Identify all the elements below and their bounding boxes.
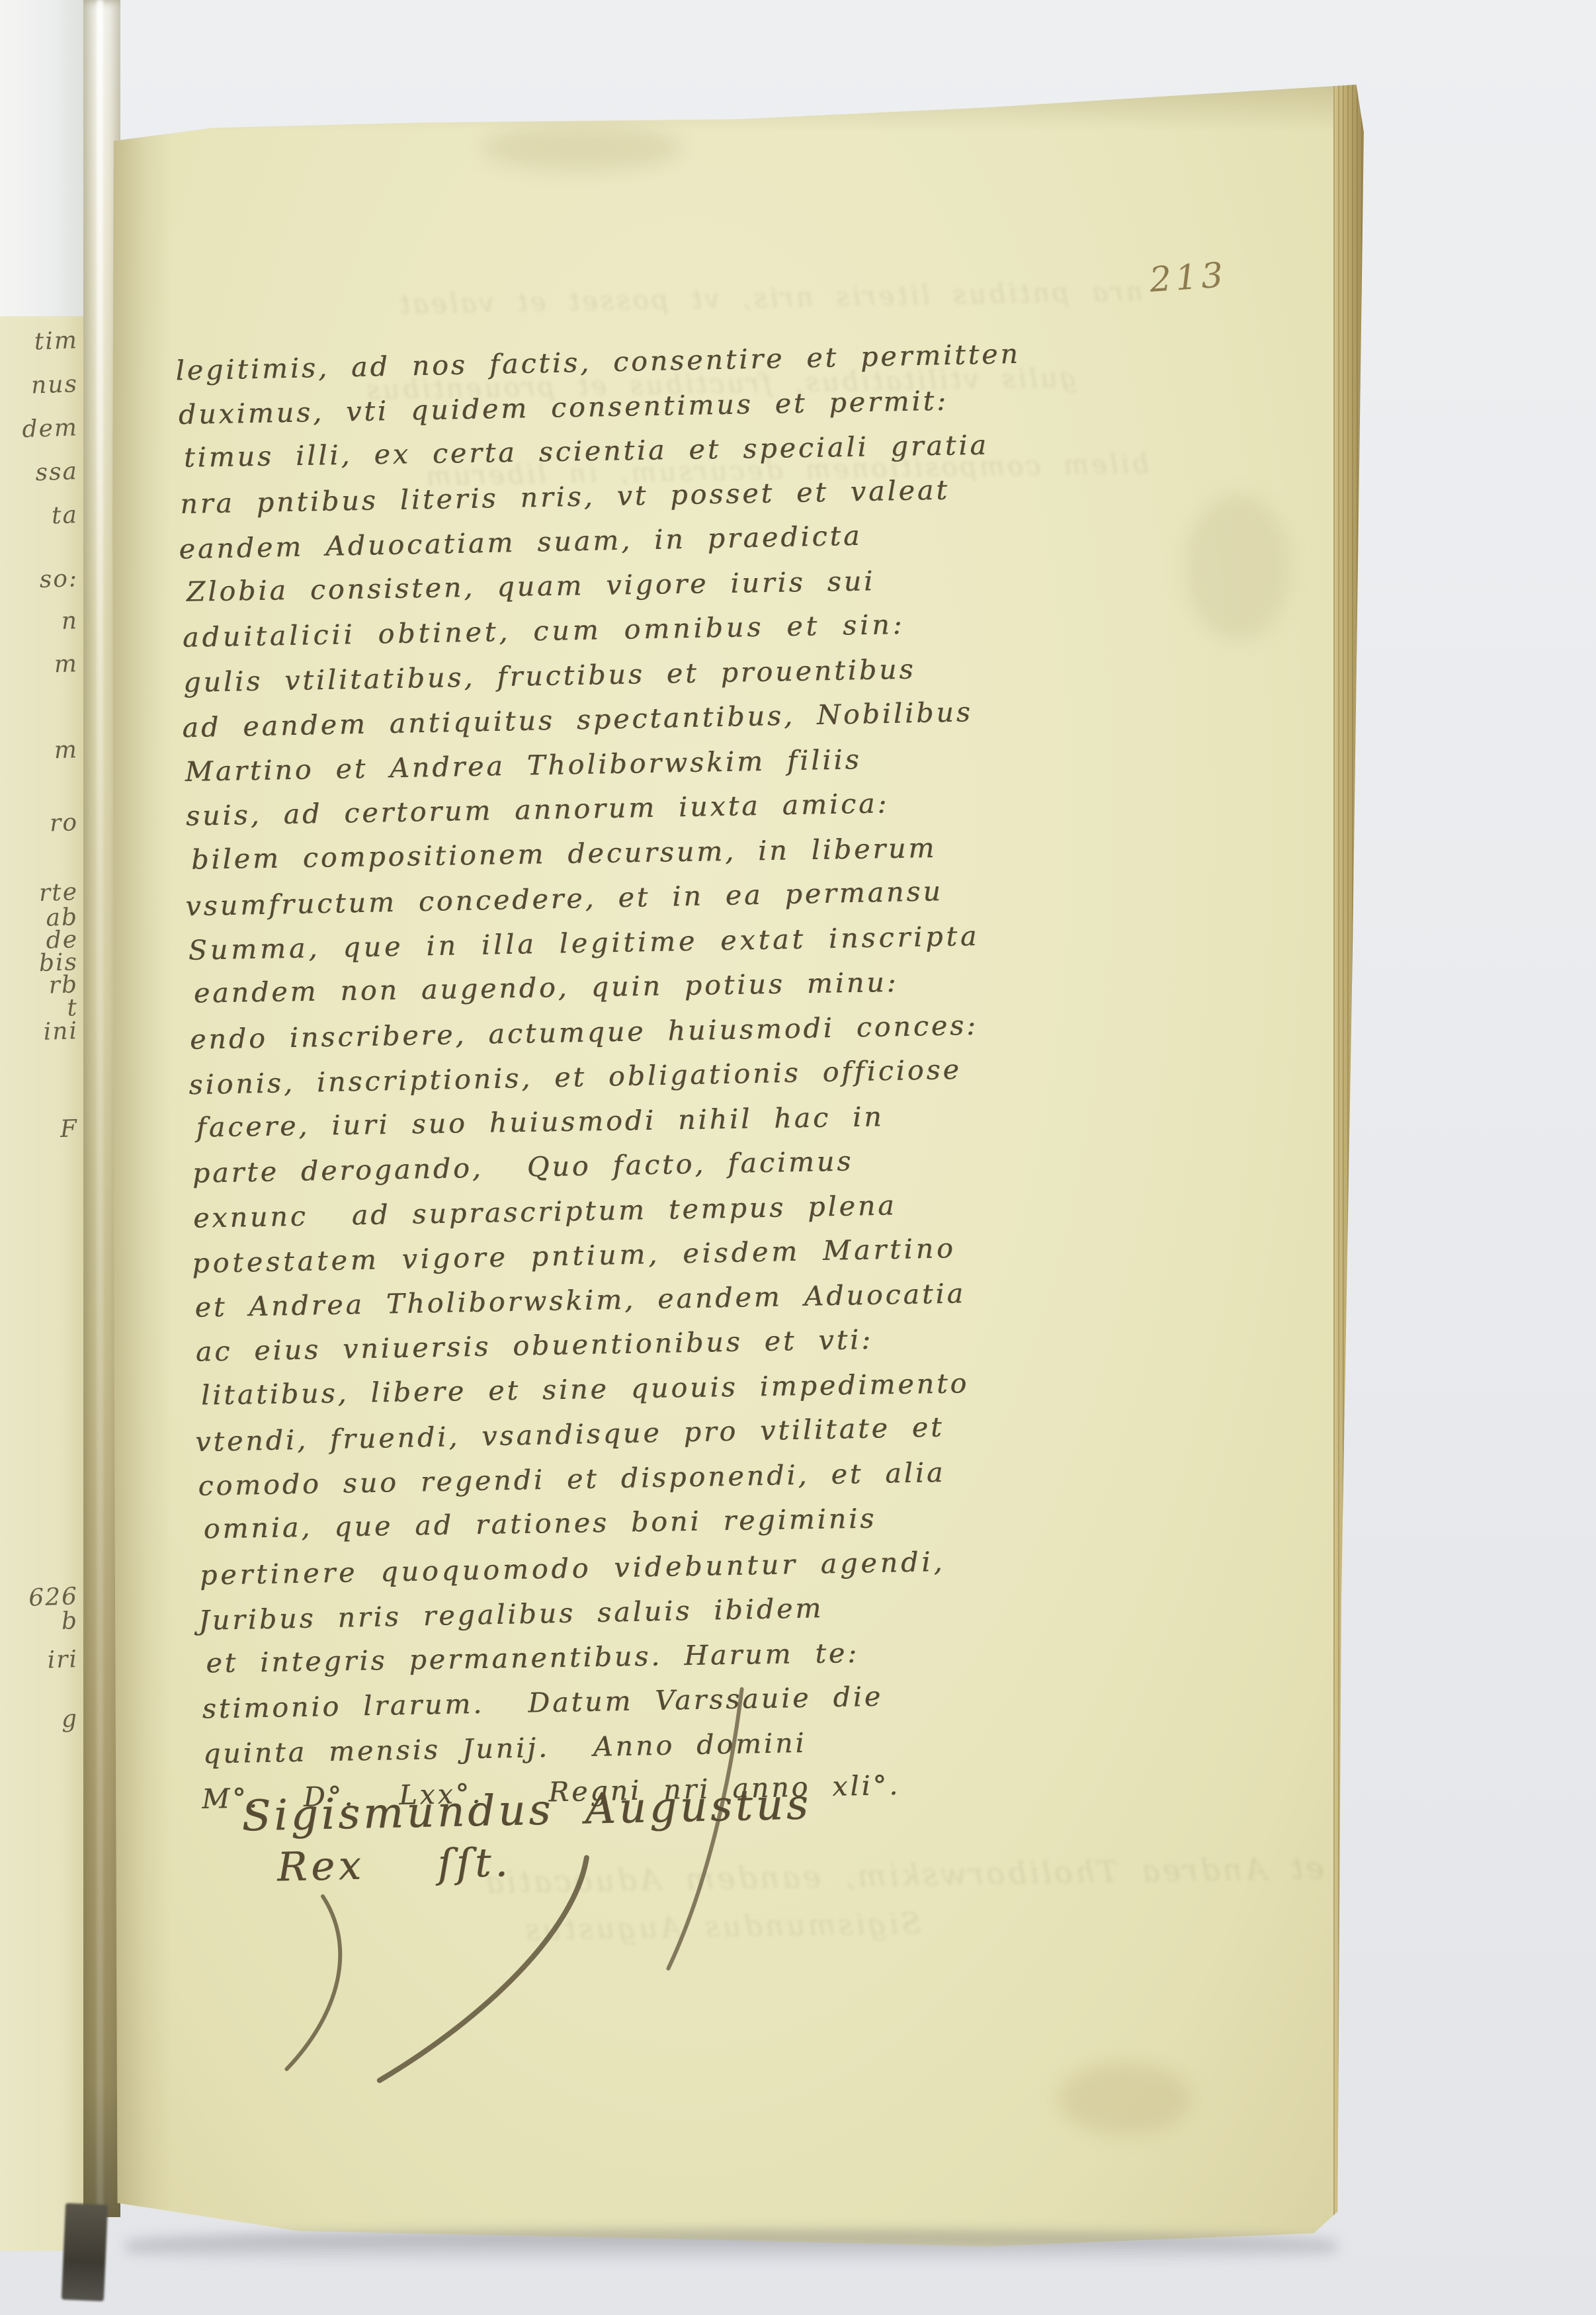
left-page-fragment: nus bbox=[0, 370, 85, 400]
left-page-fragment: ssa bbox=[0, 458, 85, 487]
page-number: 213 bbox=[1148, 255, 1228, 300]
left-page-fragment: g bbox=[0, 1705, 85, 1735]
signature-block: Sigismundus Augustus Rex ſſt. bbox=[241, 1777, 976, 2136]
backing-sheet bbox=[0, 0, 87, 323]
left-page-fragment: m bbox=[0, 736, 85, 766]
left-page-edge: timnusdemssataso:nmmrorteabdebisrbtiniF6… bbox=[0, 0, 87, 2315]
manuscript-text-block: legitimis, ad nos factis, consentire et … bbox=[177, 329, 1236, 1821]
page-fore-edge bbox=[1333, 85, 1364, 2224]
left-page-fragment: F bbox=[0, 1115, 85, 1145]
left-page-fragment: tim bbox=[0, 327, 85, 357]
page-top-edge-shading bbox=[112, 85, 1364, 131]
left-page-fragment: ini bbox=[0, 1017, 85, 1047]
left-page-fragment: ro bbox=[0, 809, 85, 839]
left-page-fragment: m bbox=[0, 650, 85, 680]
left-page-paper bbox=[0, 316, 87, 2251]
binding-ribbon-tail bbox=[62, 2203, 108, 2302]
page-stain bbox=[483, 124, 681, 171]
left-page-fragment: dem bbox=[0, 414, 85, 444]
gutter-shading bbox=[112, 85, 172, 2246]
manuscript-page: 213 nra pntibus literis nris, vt posset … bbox=[112, 85, 1364, 2246]
left-page-fragment: so: bbox=[0, 565, 85, 595]
left-page-fragment: iri bbox=[0, 1646, 85, 1675]
left-page-fragment: n bbox=[0, 607, 85, 637]
left-page-fragment: b bbox=[0, 1607, 85, 1637]
signature-flourish bbox=[242, 1806, 843, 2097]
page-shadow bbox=[126, 2230, 1336, 2265]
ink-showthrough: nra pntibus literis nris, vt posset et v… bbox=[397, 276, 1144, 320]
page-stain bbox=[1058, 2062, 1191, 2135]
manuscript-scan: timnusdemssataso:nmmrorteabdebisrbtiniF6… bbox=[0, 0, 1596, 2315]
left-page-fragment: ta bbox=[0, 501, 85, 531]
